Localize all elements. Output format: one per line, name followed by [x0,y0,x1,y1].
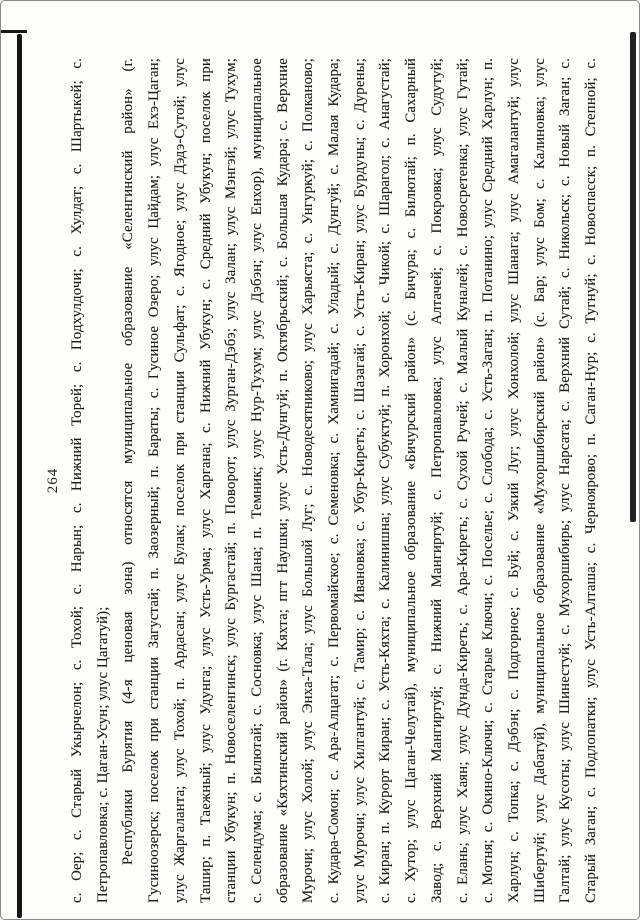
scan-edge-bar-right [630,32,636,522]
text-line: Завод; с. Верхний Мангиртуй; с. Нижний М… [425,58,451,903]
text-line: улус Мурочи; улус Хилгантуй; с. Тамир; с… [348,58,374,903]
text-line: с. Оер; с. Старый Укырчелон; с. Тохой; с… [65,58,91,903]
text-line: Республики Бурятия (4-я ценовая зона) от… [116,58,142,903]
rotated-page-content: 264 с. Оер; с. Старый Укырчелон; с. Тохо… [44,53,629,903]
text-line: с. Хутор; улус Цаган-Челутай), муниципал… [399,58,425,903]
page-number: 264 [44,58,62,903]
text-line: Старый Заган; с. Подлопатки; улус Усть-А… [579,58,605,903]
text-line: Мурочи; улус Холой; улус Энха-Тала; улус… [296,58,322,903]
text-line: с. Киран; п. Курорт Киран; с. Усть-Кяхта… [373,58,399,903]
text-line: Харлун; с. Топка; с. Дэбэн; с. Подгорное… [502,58,528,903]
text-line: образование «Кяхтинский район» (г. Кяхта… [271,58,297,903]
text-line: с. Кудара-Сомон; с. Ара-Алцагат; с. Перв… [322,58,348,903]
scan-gutter-bar-left [17,34,22,918]
scanned-document-page: 264 с. Оер; с. Старый Укырчелон; с. Тохо… [0,0,640,920]
text-line: станции Убукун; п. Новоселенгинск; улус … [219,58,245,903]
text-line: с. Селендума; с. Билютай; с. Сосновка; у… [245,58,271,903]
text-line: Шибертуй; улус Дабатуй), муниципальное о… [528,58,554,903]
text-line: Галтай; улус Кусоты; улус Шинестуй; с. М… [553,58,579,903]
text-line: Петропавловка; с. Цаган-Усун; улус Цагат… [91,58,117,903]
text-line: с. Елань; улус Хаян; улус Дунда-Киреть; … [451,58,477,903]
text-block: с. Оер; с. Старый Укырчелон; с. Тохой; с… [65,58,605,903]
text-line: улус Жаргаланта; улус Тохой; п. Ардасан;… [168,58,194,903]
text-line: Ташир; п. Таежный; улус Удунга; улус Уст… [194,58,220,903]
text-line: с. Мотня; с. Окино-Ключи; с. Старые Ключ… [476,58,502,903]
scan-edge-mark-top-left [1,30,27,33]
text-line: Гусиноозерск; поселок при станции Загуст… [142,58,168,903]
